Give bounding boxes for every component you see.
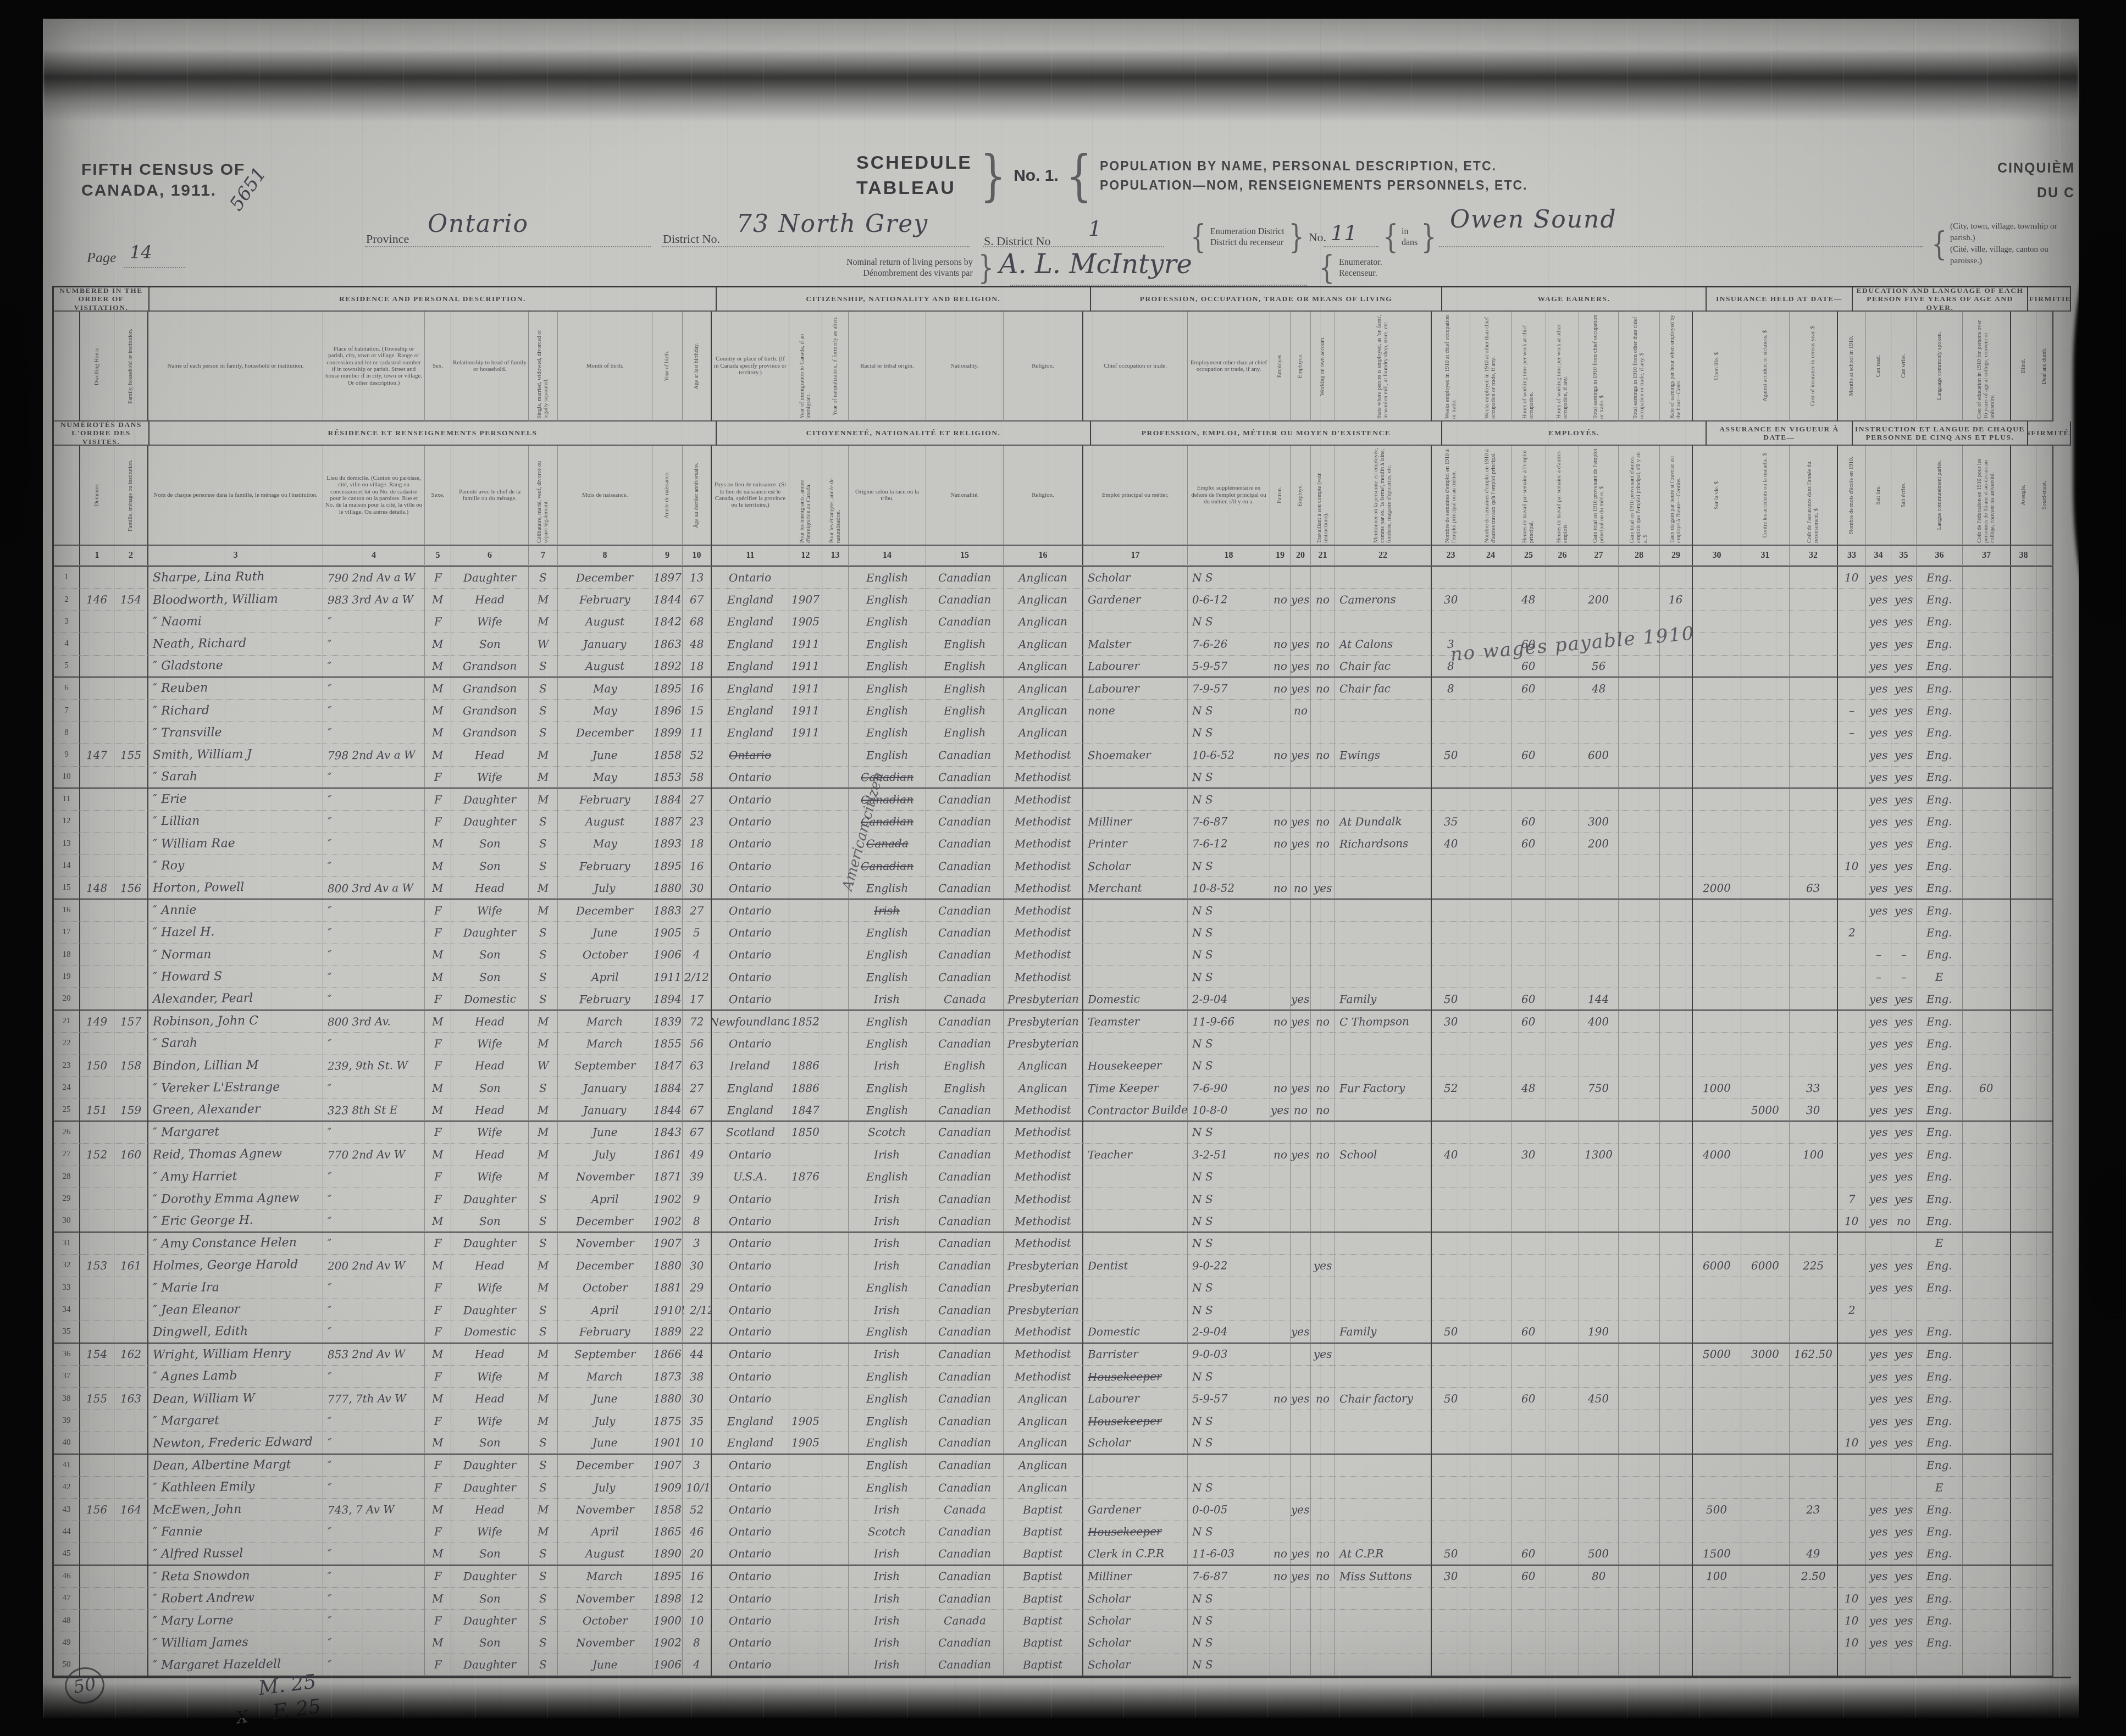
- table-cell: Son: [451, 1588, 529, 1610]
- table-cell: 151: [80, 1099, 114, 1121]
- table-cell: [1579, 1477, 1619, 1499]
- table-cell: [1838, 656, 1866, 678]
- table-cell: Eng.: [1917, 1122, 1963, 1144]
- table-cell: [1432, 1610, 1470, 1632]
- table-cell: Ontario: [712, 1299, 789, 1321]
- table-cell: [1963, 1477, 2011, 1499]
- table-cell: [1579, 922, 1619, 944]
- table-cell: [1741, 567, 1790, 589]
- table-cell: [1470, 1033, 1512, 1055]
- table-cell: yes: [1891, 1388, 1917, 1410]
- table-cell: English: [849, 1321, 926, 1343]
- table-cell: [1619, 1255, 1660, 1277]
- table-cell: S: [529, 1543, 558, 1565]
- row-number: 40: [54, 1432, 80, 1454]
- column-label: Place of habitation. (Township or parish…: [323, 312, 425, 421]
- table-cell: Ontario: [712, 789, 789, 811]
- table-cell: [1291, 722, 1311, 744]
- table-cell: [1432, 877, 1470, 899]
- table-cell: [1790, 789, 1838, 811]
- table-cell: Methodist: [1004, 833, 1083, 855]
- table-cell: [1579, 855, 1619, 877]
- table-cell: 4: [683, 1654, 712, 1676]
- table-cell: no: [1270, 1077, 1291, 1099]
- table-cell: ″: [323, 966, 425, 988]
- table-cell: M: [529, 1499, 558, 1521]
- table-cell: Canadian: [926, 1521, 1004, 1543]
- table-cell: yes: [1866, 1432, 1891, 1454]
- table-cell: [1660, 567, 1693, 589]
- table-cell: 162.50: [1790, 1344, 1838, 1366]
- table-cell: Eng.: [1917, 1210, 1963, 1232]
- column-label: Working on own account.: [1311, 312, 1335, 421]
- row-number: 34: [54, 1299, 80, 1321]
- table-cell: [1546, 789, 1579, 811]
- table-cell: 16: [683, 678, 712, 700]
- schedule-desc-en: POPULATION BY NAME, PERSONAL DESCRIPTION…: [1100, 157, 1528, 176]
- column-label: Âge au dernier anniversaire.: [683, 446, 712, 546]
- table-cell: [114, 1366, 148, 1388]
- table-cell: ″ Reuben: [148, 678, 323, 700]
- table-cell: yes: [1866, 789, 1891, 811]
- table-cell: [1291, 1455, 1311, 1477]
- table-cell: yes: [1291, 988, 1311, 1010]
- table-cell: [1741, 855, 1790, 877]
- table-cell: [789, 1233, 822, 1255]
- table-cell: [1270, 1255, 1291, 1277]
- table-cell: 23: [683, 811, 712, 833]
- table-cell: English: [849, 1477, 926, 1499]
- table-cell: Scholar: [1083, 1588, 1188, 1610]
- table-cell: 48: [1512, 1077, 1546, 1099]
- table-cell: [1963, 1521, 2011, 1543]
- table-cell: Anglican: [1004, 567, 1083, 589]
- table-cell: S: [529, 1588, 558, 1610]
- table-cell: 1899: [652, 722, 683, 744]
- table-cell: Baptist: [1004, 1566, 1083, 1588]
- table-cell: [789, 1566, 822, 1588]
- table-cell: [2011, 988, 2036, 1010]
- table-cell: [1512, 1344, 1546, 1366]
- table-cell: Eng.: [1917, 1610, 1963, 1632]
- table-cell: Holmes, George Harold: [148, 1255, 323, 1277]
- table-cell: W: [529, 1055, 558, 1077]
- table-cell: yes: [1866, 1521, 1891, 1543]
- table-cell: 1858: [652, 1499, 683, 1521]
- row-number: 44: [54, 1521, 80, 1543]
- table-cell: February: [558, 1321, 652, 1343]
- table-cell: June: [558, 922, 652, 944]
- table-cell: Ontario: [712, 988, 789, 1010]
- table-cell: [2036, 1233, 2053, 1255]
- table-cell: [1432, 1632, 1470, 1654]
- column-label: Heures de travail par semaine à d'autres…: [1546, 446, 1579, 546]
- table-cell: 30: [1512, 1144, 1546, 1166]
- row-number: 20: [54, 988, 80, 1010]
- table-cell: M: [529, 1388, 558, 1410]
- table-cell: [1963, 1455, 2011, 1477]
- row-number: 15: [54, 877, 80, 899]
- table-cell: [1512, 966, 1546, 988]
- table-cell: October: [558, 1610, 652, 1632]
- table-cell: yes: [1891, 811, 1917, 833]
- table-cell: [80, 567, 114, 589]
- table-cell: Ontario: [712, 1588, 789, 1610]
- table-cell: [1838, 811, 1866, 833]
- table-cell: Ontario: [712, 877, 789, 899]
- table-cell: [80, 922, 114, 944]
- table-cell: [1579, 1632, 1619, 1654]
- table-cell: [1579, 1055, 1619, 1077]
- table-cell: [2036, 944, 2053, 966]
- table-cell: 1892: [652, 656, 683, 678]
- table-cell: [1660, 1388, 1693, 1410]
- column-group: PROFESSION, OCCUPATION, TRADE OR MEANS O…: [1091, 287, 1442, 312]
- table-cell: 800 3rd Av.: [323, 1011, 425, 1033]
- table-cell: 1839: [652, 1011, 683, 1033]
- table-cell: [1270, 1166, 1291, 1188]
- table-cell: [1470, 1610, 1512, 1632]
- table-cell: yes: [1866, 1344, 1891, 1366]
- table-cell: [2036, 966, 2053, 988]
- table-cell: [1291, 1344, 1311, 1366]
- row-number: 6: [54, 678, 80, 700]
- table-cell: Irish: [849, 1188, 926, 1210]
- table-cell: yes: [1311, 1344, 1335, 1366]
- table-cell: [1546, 1077, 1579, 1099]
- table-cell: [1470, 611, 1512, 633]
- brace-icon: }: [1421, 218, 1436, 256]
- table-row: 14″ Roy″MSonSFebruary189516OntarioCanadi…: [54, 855, 2071, 877]
- table-cell: [114, 922, 148, 944]
- table-cell: [789, 1344, 822, 1366]
- table-cell: 11: [683, 722, 712, 744]
- table-cell: [1335, 1233, 1432, 1255]
- table-cell: [2011, 722, 2036, 744]
- table-cell: ″: [323, 855, 425, 877]
- table-row: NUMÉROTÉS DANS L'ORDRE DES VISITES.RÉSID…: [54, 421, 2071, 446]
- table-cell: [1660, 1144, 1693, 1166]
- row-number: 39: [54, 1410, 80, 1432]
- table-cell: February: [558, 589, 652, 611]
- table-cell: 7-6-26: [1188, 633, 1270, 655]
- table-cell: Canadian: [926, 922, 1004, 944]
- table-cell: [2011, 1077, 2036, 1099]
- table-cell: no: [1270, 589, 1291, 611]
- table-cell: English: [926, 700, 1004, 722]
- table-cell: Canadian: [926, 1321, 1004, 1343]
- table-cell: Irish: [849, 1144, 926, 1166]
- table-cell: [1335, 922, 1432, 944]
- table-cell: [1619, 1055, 1660, 1077]
- table-cell: [1470, 1277, 1512, 1299]
- enumerator-fr: Recenseur.: [1339, 268, 1382, 279]
- brace-icon: {: [1066, 144, 1092, 208]
- table-cell: ″ Howard S: [148, 966, 323, 988]
- table-cell: [1741, 1321, 1790, 1343]
- table-cell: Eng.: [1917, 1499, 1963, 1521]
- table-cell: yes: [1866, 700, 1891, 722]
- table-cell: [1741, 922, 1790, 944]
- table-cell: Irish: [849, 1543, 926, 1565]
- table-cell: 157: [114, 1011, 148, 1033]
- table-cell: [1512, 1366, 1546, 1388]
- table-cell: [1693, 1366, 1741, 1388]
- table-cell: S: [529, 944, 558, 966]
- table-cell: Daughter: [451, 811, 529, 833]
- table-cell: Housekeeper: [1083, 1410, 1188, 1432]
- table-cell: [114, 900, 148, 922]
- census-table: NUMBERED IN THE ORDER OF VISITATION.RESI…: [52, 286, 2071, 1678]
- table-cell: Eng.: [1917, 1344, 1963, 1366]
- table-cell: [789, 1388, 822, 1410]
- column-label: Gain total en 1910 provenant de l'emploi…: [1579, 446, 1619, 546]
- table-cell: [1963, 567, 2011, 589]
- table-cell: [1291, 1654, 1311, 1676]
- table-cell: [1963, 1654, 2011, 1676]
- table-cell: ″: [323, 678, 425, 700]
- column-group: INFIRMITIES.: [2028, 287, 2071, 312]
- column-label: Hours of working time per week at chief …: [1512, 312, 1546, 421]
- table-cell: [1432, 1099, 1470, 1121]
- column-label: Can read.: [1866, 312, 1891, 421]
- column-label: Can write.: [1891, 312, 1917, 421]
- row-number: 28: [54, 1166, 80, 1188]
- table-cell: 1898: [652, 1588, 683, 1610]
- table-cell: [822, 1144, 849, 1166]
- table-cell: Eng.: [1917, 1144, 1963, 1166]
- table-cell: 500: [1693, 1499, 1741, 1521]
- table-cell: [1693, 589, 1741, 611]
- table-cell: [822, 589, 849, 611]
- table-cell: McEwen, John: [148, 1499, 323, 1521]
- table-cell: [1270, 722, 1291, 744]
- table-cell: [1270, 1033, 1291, 1055]
- table-cell: [1619, 1344, 1660, 1366]
- table-cell: 1911: [789, 678, 822, 700]
- scanned-census-page: { "page": { "census_title_l1": "FIFTH CE…: [0, 0, 2126, 1736]
- table-cell: S: [529, 988, 558, 1010]
- table-cell: ″ William James: [148, 1632, 323, 1654]
- torn-edge-blob: [2088, 1171, 2126, 1313]
- table-cell: [1270, 1299, 1291, 1321]
- table-cell: Malster: [1083, 633, 1188, 655]
- table-cell: ″: [323, 611, 425, 633]
- table-cell: [1660, 900, 1693, 922]
- table-cell: [1660, 722, 1693, 744]
- table-cell: [1660, 744, 1693, 766]
- table-cell: [1963, 744, 2011, 766]
- table-row: 21149157Robinson, John C800 3rd Av.MHead…: [54, 1011, 2071, 1033]
- table-cell: ″: [323, 700, 425, 722]
- table-cell: ″: [323, 1588, 425, 1610]
- column-label: Demeure.: [80, 446, 114, 546]
- column-label: Lieu du domicile. (Canton ou paroisse, c…: [323, 446, 425, 546]
- table-cell: Baptist: [1004, 1521, 1083, 1543]
- table-cell: Horton, Powell: [148, 877, 323, 899]
- table-cell: no: [1270, 1011, 1291, 1033]
- enumerator-signature: A. L. McIntyre: [999, 249, 1192, 280]
- table-cell: [80, 1033, 114, 1055]
- table-cell: Irish: [849, 988, 926, 1010]
- table-cell: June: [558, 1654, 652, 1676]
- table-cell: [1693, 1432, 1741, 1454]
- table-cell: [80, 633, 114, 655]
- table-cell: 100: [1790, 1144, 1838, 1166]
- table-cell: [1579, 877, 1619, 899]
- table-cell: Son: [451, 1432, 529, 1454]
- table-cell: [1291, 1233, 1311, 1255]
- table-cell: Canadian: [926, 1632, 1004, 1654]
- table-cell: 35: [1432, 811, 1470, 833]
- table-cell: 1911: [789, 722, 822, 744]
- table-cell: M: [425, 944, 451, 966]
- table-cell: [1619, 1299, 1660, 1321]
- table-cell: [2011, 1410, 2036, 1432]
- table-cell: October: [558, 1277, 652, 1299]
- table-cell: Head: [451, 744, 529, 766]
- table-cell: [80, 1366, 114, 1388]
- table-cell: [1963, 1144, 2011, 1166]
- table-cell: English: [849, 1033, 926, 1055]
- table-cell: [1546, 1543, 1579, 1565]
- table-cell: [1470, 1366, 1512, 1388]
- table-cell: F: [425, 1188, 451, 1210]
- table-cell: [1335, 1122, 1432, 1144]
- table-cell: May: [558, 767, 652, 789]
- table-cell: yes: [1891, 1344, 1917, 1366]
- table-cell: [1083, 1233, 1188, 1255]
- table-cell: 1905: [652, 922, 683, 944]
- table-cell: [1270, 611, 1291, 633]
- table-cell: ″: [323, 988, 425, 1010]
- table-cell: [1335, 767, 1432, 789]
- column-label: Sourd-muet.: [2036, 446, 2053, 546]
- table-cell: S: [529, 700, 558, 722]
- table-cell: Milliner: [1083, 1566, 1188, 1588]
- table-cell: Daughter: [451, 1566, 529, 1588]
- column-label: Against accident or sickness. $: [1741, 312, 1790, 421]
- table-cell: [789, 1588, 822, 1610]
- table-cell: Ontario: [712, 767, 789, 789]
- table-cell: [1660, 1477, 1693, 1499]
- table-cell: 52: [683, 744, 712, 766]
- table-cell: F: [425, 922, 451, 944]
- table-cell: Presbyterian: [1004, 1255, 1083, 1277]
- table-cell: 10: [1838, 1588, 1866, 1610]
- table-cell: [1432, 1033, 1470, 1055]
- table-cell: S: [529, 678, 558, 700]
- table-cell: 46: [683, 1521, 712, 1543]
- table-cell: [789, 855, 822, 877]
- table-cell: School: [1335, 1144, 1432, 1166]
- table-cell: 1886: [789, 1077, 822, 1099]
- column-label: Country or place of birth. (If in Canada…: [712, 312, 789, 421]
- table-cell: yes: [1891, 1521, 1917, 1543]
- table-cell: [80, 1410, 114, 1432]
- table-cell: 200: [1579, 589, 1619, 611]
- table-cell: ″ Marie Ira: [148, 1277, 323, 1299]
- table-cell: [2011, 855, 2036, 877]
- table-cell: [1335, 1366, 1432, 1388]
- table-cell: [2011, 1255, 2036, 1277]
- row-number: 35: [54, 1321, 80, 1343]
- table-cell: 1876: [789, 1166, 822, 1188]
- table-cell: [1963, 1188, 2011, 1210]
- table-cell: Wife: [451, 1033, 529, 1055]
- table-cell: English: [849, 744, 926, 766]
- table-cell: English: [849, 722, 926, 744]
- table-cell: Ontario: [712, 1543, 789, 1565]
- table-cell: F: [425, 988, 451, 1010]
- table-cell: [1660, 1588, 1693, 1610]
- column-group: WAGE EARNERS.: [1442, 287, 1707, 312]
- table-cell: [1660, 1299, 1693, 1321]
- table-row: 6″ Reuben″MGrandsonSMay189516England1911…: [54, 678, 2071, 700]
- table-cell: [1291, 1166, 1311, 1188]
- table-cell: [1512, 1277, 1546, 1299]
- table-row: 2146154Bloodworth, William983 3rd Av a W…: [54, 589, 2071, 611]
- table-cell: yes: [1891, 1144, 1917, 1166]
- table-cell: N S: [1188, 1188, 1270, 1210]
- table-cell: [80, 900, 114, 922]
- row-number: 8: [54, 722, 80, 744]
- table-cell: [2011, 1388, 2036, 1410]
- table-cell: Canadian: [926, 567, 1004, 589]
- table-cell: [1693, 1011, 1741, 1033]
- table-cell: Wife: [451, 1122, 529, 1144]
- table-cell: yes: [1891, 1188, 1917, 1210]
- table-cell: Smith, William J: [148, 744, 323, 766]
- table-cell: [1838, 1033, 1866, 1055]
- table-cell: [1838, 1321, 1866, 1343]
- table-cell: Labourer: [1083, 1388, 1188, 1410]
- table-cell: [2011, 1144, 2036, 1166]
- table-cell: M: [425, 1011, 451, 1033]
- table-cell: 1902: [652, 1188, 683, 1210]
- table-cell: ″: [323, 1366, 425, 1388]
- table-cell: N S: [1188, 1588, 1270, 1610]
- table-row: 26″ Margaret″FWifeMJune184367Scotland185…: [54, 1122, 2071, 1144]
- table-cell: Alexander, Pearl: [148, 988, 323, 1010]
- table-cell: [1790, 700, 1838, 722]
- table-cell: [1660, 1166, 1693, 1188]
- table-cell: M: [425, 1588, 451, 1610]
- table-cell: yes: [1891, 1588, 1917, 1610]
- table-cell: yes: [1866, 767, 1891, 789]
- table-cell: [822, 611, 849, 633]
- column-number: 9: [652, 546, 683, 567]
- table-cell: 38: [683, 1366, 712, 1388]
- table-cell: [822, 1521, 849, 1543]
- table-cell: M: [425, 589, 451, 611]
- table-cell: no: [1311, 656, 1335, 678]
- table-cell: [1546, 700, 1579, 722]
- table-cell: [1335, 1166, 1432, 1188]
- table-cell: [1546, 1499, 1579, 1521]
- table-cell: [1866, 1654, 1891, 1676]
- table-cell: –: [1838, 722, 1866, 744]
- column-number: 1: [80, 546, 114, 567]
- table-cell: [1470, 1344, 1512, 1366]
- table-cell: Ontario: [712, 1566, 789, 1588]
- table-cell: [1790, 1410, 1838, 1432]
- table-cell: [1335, 1432, 1432, 1454]
- table-cell: [2036, 1632, 2053, 1654]
- table-cell: [1335, 567, 1432, 589]
- table-cell: [1512, 1299, 1546, 1321]
- table-cell: yes: [1866, 1033, 1891, 1055]
